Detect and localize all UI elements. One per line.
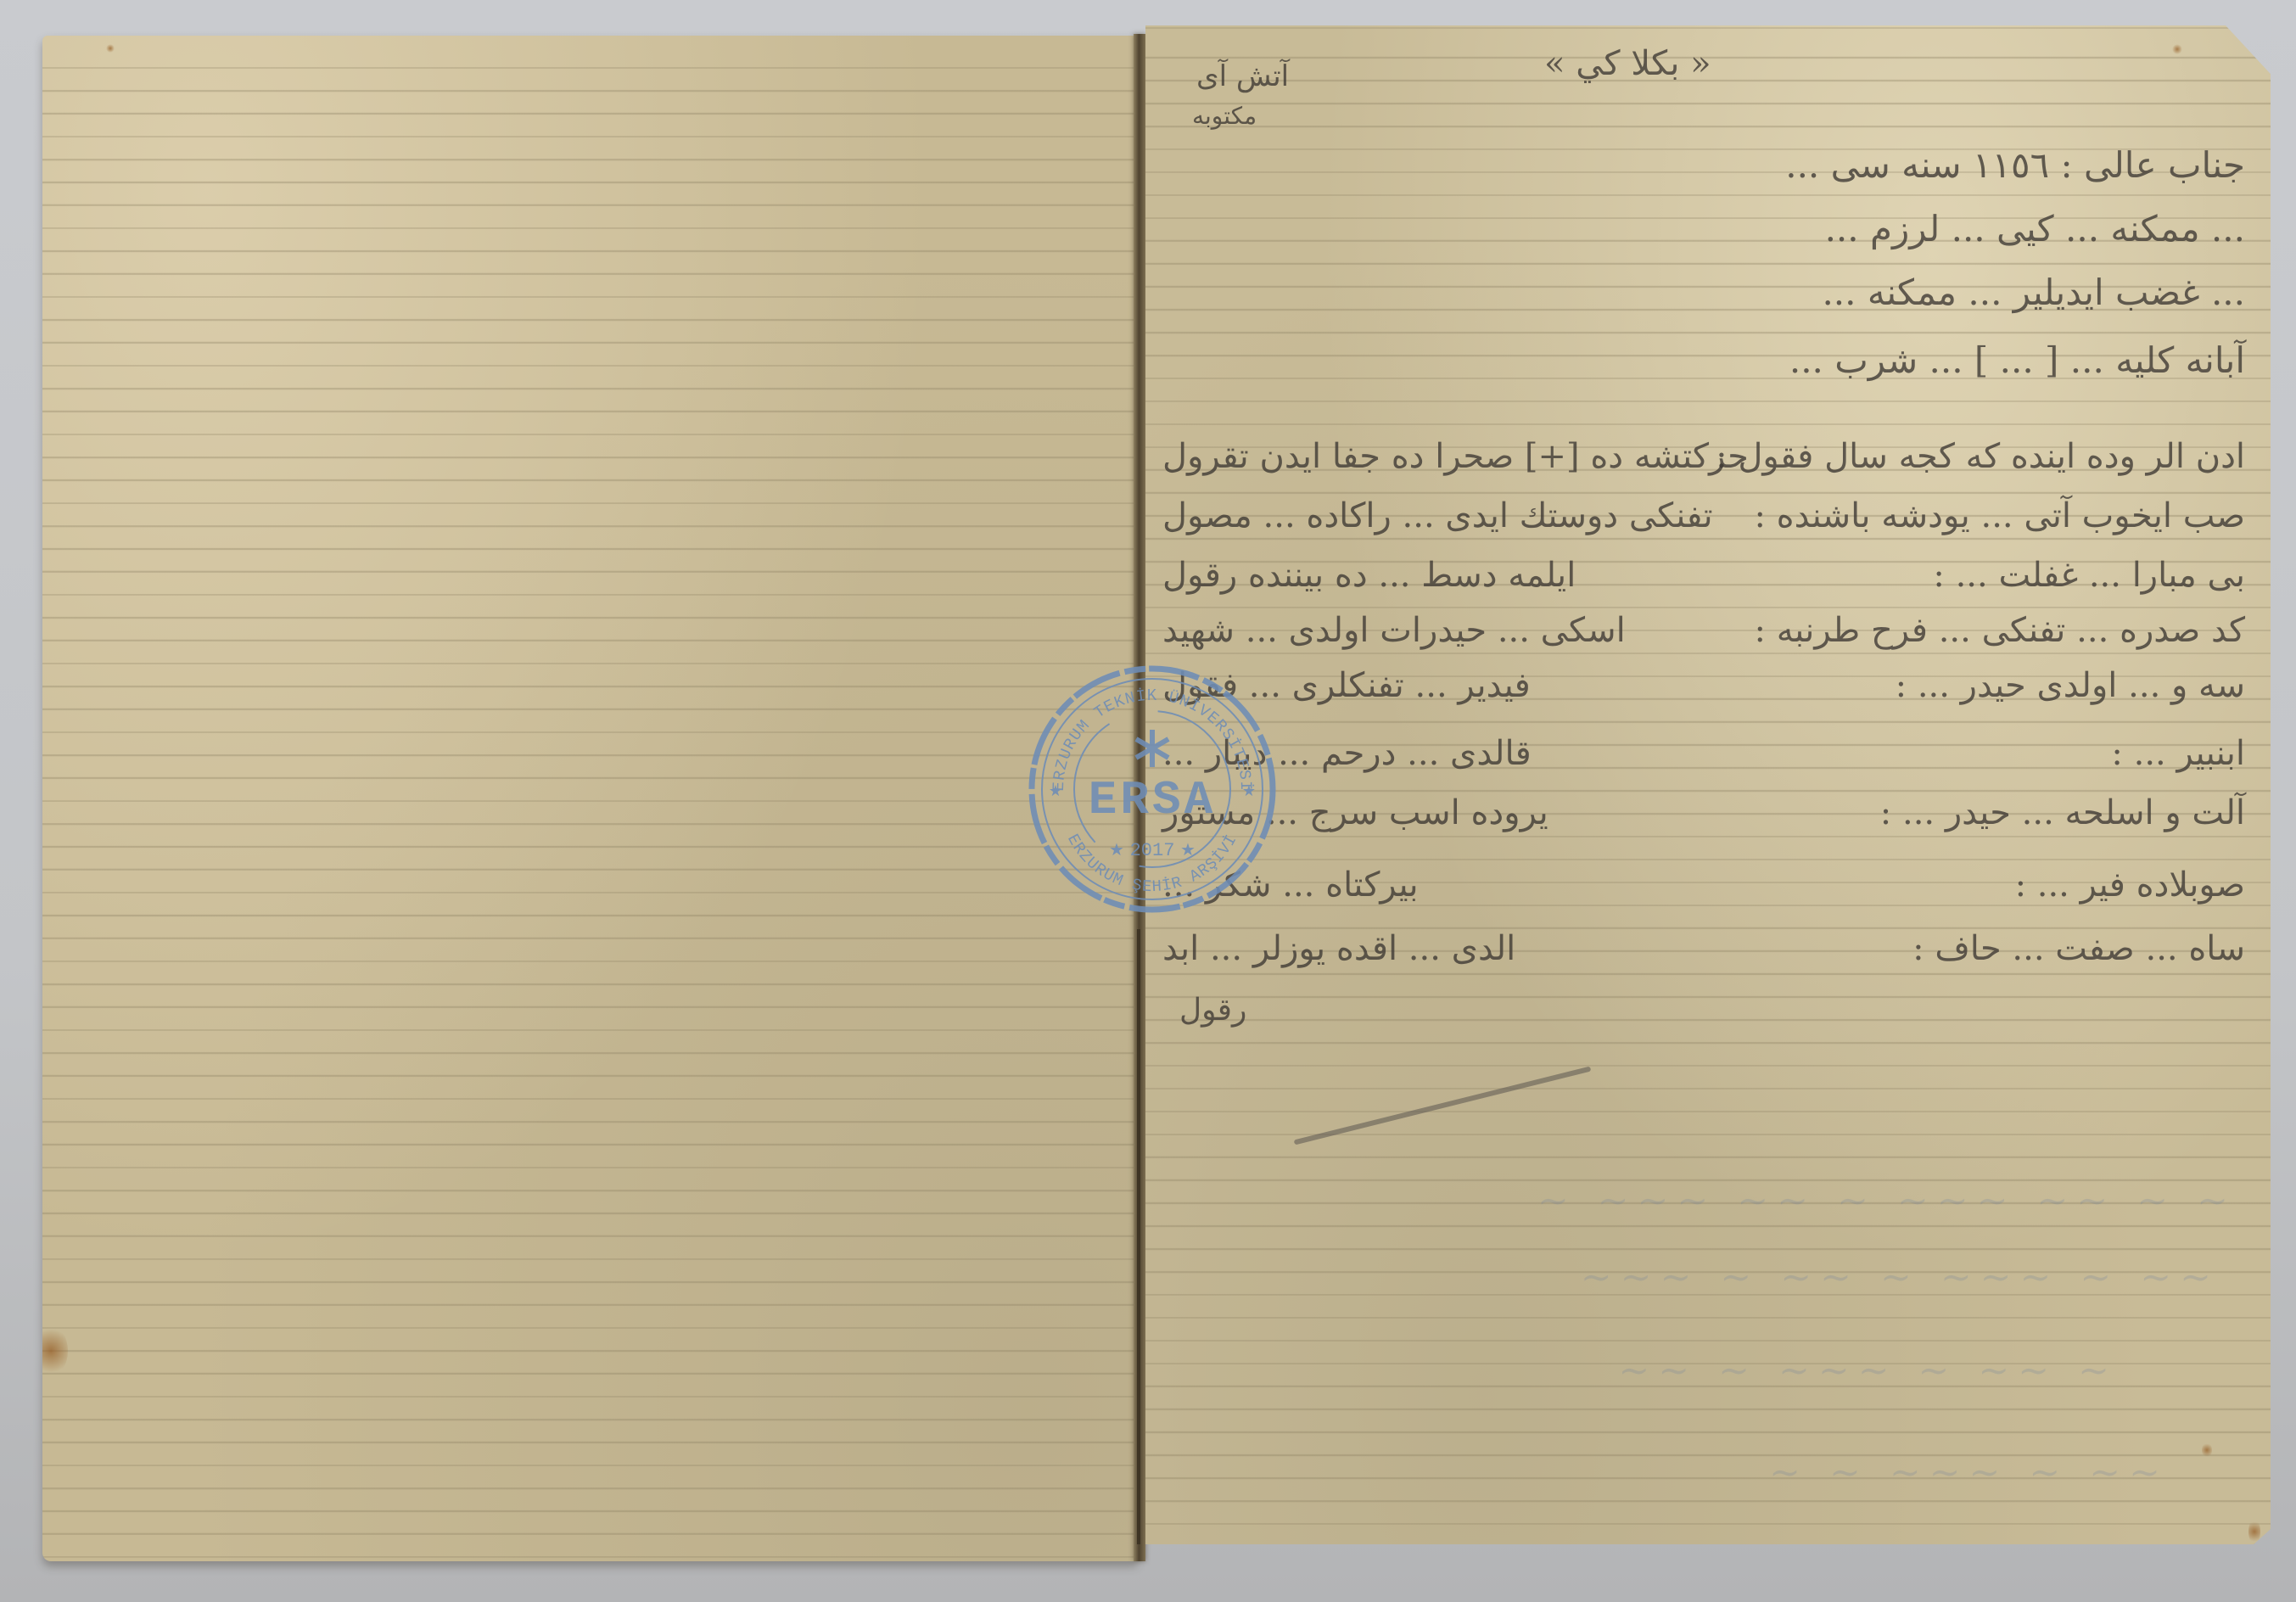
bleed-through-text: ~~ ~ ~~~ ~ ~~ ~ ~~~ bbox=[1581, 1256, 2220, 1299]
stamp-center-text: ERSA bbox=[1089, 773, 1216, 827]
star-icon: ★ bbox=[1049, 782, 1062, 800]
snowflake-icon bbox=[1134, 730, 1169, 767]
verse-right: الدی ... اقده یوزلر ... ابد bbox=[1162, 929, 1515, 968]
closing-word: رقول bbox=[1179, 993, 1246, 1028]
verse-left: صب ایخوب آتی ... یودشه باشنده : bbox=[1754, 496, 2245, 535]
star-icon: ★ bbox=[1242, 782, 1256, 800]
verse-right: تفنکی دوستك ایدی ... راکاده ... مصول bbox=[1162, 496, 1713, 535]
verse-left: آلت و اسلحه ... حیدر ... : bbox=[1880, 793, 2245, 832]
prose-line: جناب عالی : ١١٥٦ سنه سی ... bbox=[1785, 144, 2245, 186]
age-spot bbox=[106, 44, 115, 53]
stamp-year: 2017 bbox=[1130, 840, 1175, 861]
prose-line: آبانه کلیه ... [ ... ] ... شرب ... bbox=[1789, 339, 2245, 381]
left-page bbox=[42, 36, 1137, 1561]
right-page: ~ ~ ~~ ~~~ ~ ~~ ~~~ ~ ~~ ~ ~~~ ~ ~~ ~ ~~… bbox=[1145, 25, 2271, 1544]
page-title: « بكلا كي » bbox=[1544, 44, 1711, 83]
prose-line: ... ممکنه ... کیی ... لرزم ... bbox=[1825, 208, 2245, 249]
verse-right: ایلمه دسط ... ده بیننده رقول bbox=[1162, 556, 1576, 595]
verse-left: کد صدره ... تفنکی ... فرح طرنبه : bbox=[1755, 611, 2245, 650]
verse-right: اسکی ... حیدرات اولدی ... شهید bbox=[1162, 611, 1626, 650]
archive-stamp: ERZURUM TEKNİK ÜNİVERSİTESİ ERZURUM ŞEHİ… bbox=[1025, 662, 1280, 916]
verse-left: ابنبیر ... : bbox=[2111, 734, 2245, 773]
age-spot bbox=[2248, 1519, 2260, 1544]
margin-note: آتش آى bbox=[1196, 59, 1289, 93]
star-icon: ★ bbox=[1180, 839, 1196, 860]
verse-right: حرکتشه ده [+] صحرا ده جفا ایدن تقرول bbox=[1162, 437, 1749, 476]
bleed-through-text: ~~ ~ ~~~ ~ ~ bbox=[1769, 1451, 2169, 1494]
age-spot bbox=[2172, 44, 2182, 54]
ruled-lines bbox=[1145, 25, 2271, 1544]
verse-left: ادن الر وده اینده که کجه سال فقول : bbox=[1716, 437, 2245, 476]
verse-left: سه و ... اولدی حیدر ... : bbox=[1896, 666, 2245, 705]
verse-left: صوبلاده فیر ... : bbox=[2015, 865, 2245, 905]
ruled-lines bbox=[42, 36, 1137, 1561]
star-icon: ★ bbox=[1109, 839, 1124, 860]
prose-line: ... غضب ایدیلیر ... ممکنه ... bbox=[1822, 272, 2245, 313]
margin-note: مكتوبه bbox=[1192, 102, 1257, 130]
verse-left: ساه ... صفت ... حاف : bbox=[1912, 929, 2245, 968]
spine-crease bbox=[1137, 929, 1140, 1544]
age-spot bbox=[2202, 1442, 2212, 1458]
bleed-through-text: ~ ~ ~~ ~~~ ~ ~~ ~~~ ~ bbox=[1537, 1179, 2237, 1223]
verse-left: بی مبارا ... غفلت ... : bbox=[1933, 556, 2245, 595]
bleed-through-text: ~ ~~ ~ ~~~ ~ ~~ bbox=[1618, 1349, 2118, 1392]
